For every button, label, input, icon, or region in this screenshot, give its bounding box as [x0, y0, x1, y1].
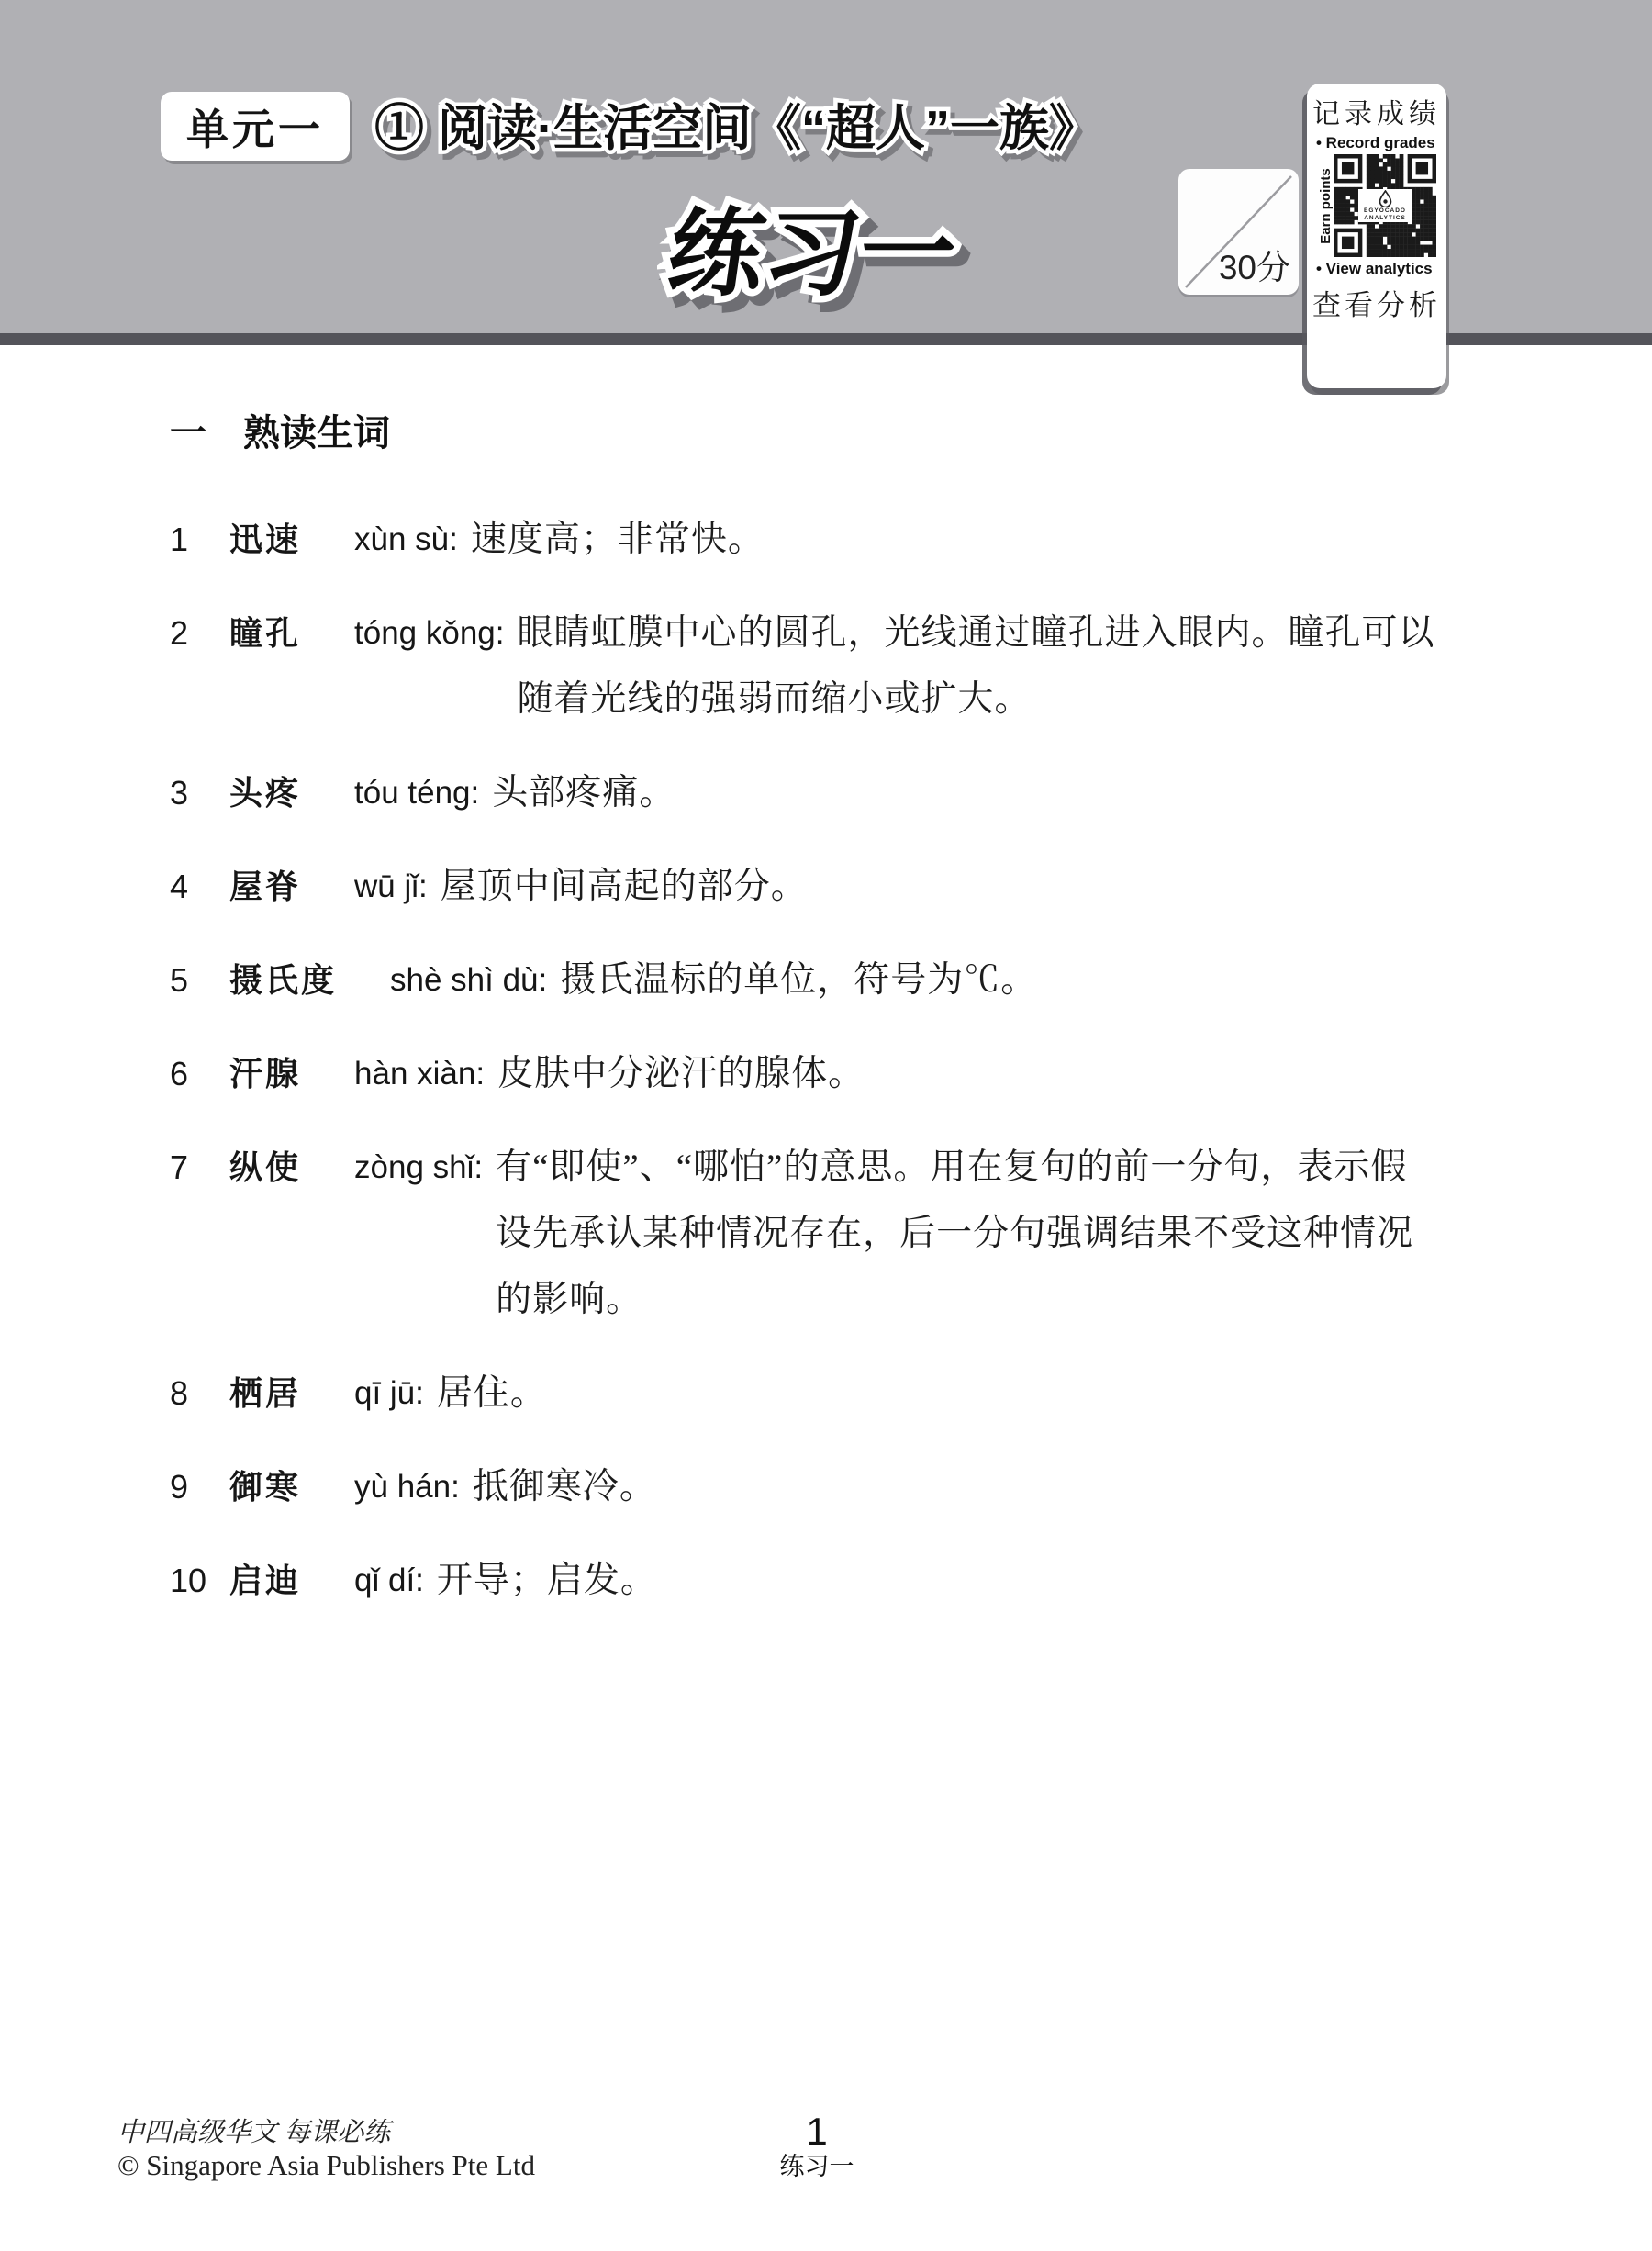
vocab-pinyin: yù hán:: [354, 1454, 460, 1520]
vocab-number: 7: [170, 1135, 229, 1201]
unit-badge: 单元一: [161, 92, 350, 161]
vocab-pinyin: zòng shǐ:: [354, 1135, 483, 1201]
vocab-row: 9 御寒 yù hán: 抵御寒冷。: [170, 1454, 1491, 1520]
qr-card-title: 记录成绩: [1312, 91, 1441, 131]
vocab-number: 6: [170, 1041, 229, 1107]
vocab-word: 摄氏度: [229, 947, 337, 1014]
vocab-pinyin: qǐ dí:: [354, 1548, 424, 1614]
vocab-row: 1 迅速 xùn sù: 速度高；非常快。: [170, 507, 1491, 573]
qr-logo-line2: ANALYTICS: [1364, 215, 1406, 222]
vocab-definition: 皮肤中分泌汗的腺体。: [497, 1041, 865, 1107]
vocab-pinyin: tóng kǒng:: [354, 600, 504, 666]
vocab-number: 9: [170, 1454, 229, 1520]
exercise-title: 练习一 练习一: [657, 167, 1061, 330]
vocab-row: 3 头疼 tóu téng: 头部疼痛。: [170, 760, 1491, 826]
vocab-definition: 速度高；非常快。: [471, 507, 765, 573]
vocab-row: 8 栖居 qī jū: 居住。: [170, 1361, 1491, 1427]
exercise-title-text: 练习一: [662, 200, 963, 307]
vocab-row: 10 启迪 qǐ dí: 开导；启发。: [170, 1548, 1491, 1614]
vocab-number: 3: [170, 760, 229, 826]
vocab-word: 瞳孔: [229, 600, 301, 666]
footer-left: 中四高级华文 每课必练 © Singapore Asia Publishers …: [117, 2117, 535, 2183]
footer-page-block: 1 练习一: [743, 2111, 890, 2181]
vocab-number: 10: [170, 1548, 229, 1614]
vocab-definition: 屋顶中间高起的部分。: [441, 854, 808, 920]
page-label: 练习一: [743, 2152, 890, 2181]
score-box: 30分: [1178, 169, 1299, 295]
vocab-row: 6 汗腺 hàn xiàn: 皮肤中分泌汗的腺体。: [170, 1041, 1491, 1107]
lesson-title: ① 阅读·生活空间《“超人”一族》 ① 阅读·生活空间《“超人”一族》: [365, 79, 1099, 174]
vocab-definition: 头部疼痛。: [492, 760, 675, 826]
vocab-word: 御寒: [229, 1454, 301, 1520]
vocab-row: 2 瞳孔 tóng kǒng: 眼睛虹膜中心的圆孔，光线通过瞳孔进入眼内。瞳孔可…: [170, 600, 1491, 733]
vocab-definition: 眼睛虹膜中心的圆孔，光线通过瞳孔进入眼内。瞳孔可以随着光线的强弱而缩小或扩大。: [517, 600, 1444, 733]
vocab-row: 7 纵使 zòng shǐ: 有“即使”、“哪怕”的意思。用在复句的前一分句，表…: [170, 1135, 1491, 1333]
vocab-definition: 有“即使”、“哪怕”的意思。用在复句的前一分句，表示假设先承认某种情况存在，后一…: [496, 1135, 1423, 1333]
qr-record-grades-label: • Record grades: [1316, 134, 1435, 152]
qr-view-analytics-label: • View analytics: [1316, 260, 1433, 278]
section-number: 一: [170, 411, 243, 455]
score-value: 30分: [1219, 240, 1290, 289]
qr-card: 记录成绩 • Record grades Earn points EGYOCAD…: [1307, 84, 1446, 388]
avocado-drop-icon: [1379, 190, 1392, 207]
vocab-pinyin: qī jū:: [354, 1361, 424, 1427]
vocab-definition: 摄氏温标的单位，符号为℃。: [560, 947, 1037, 1014]
section-heading: 一 熟读生词: [170, 411, 1491, 455]
vocab-definition: 抵御寒冷。: [473, 1454, 656, 1520]
vocab-word: 迅速: [229, 507, 301, 573]
lesson-title-text: ① 阅读·生活空间《“超人”一族》: [374, 101, 1099, 156]
vocab-word: 栖居: [229, 1361, 301, 1427]
vocab-number: 2: [170, 600, 229, 666]
section-title: 熟读生词: [243, 411, 390, 455]
vocab-pinyin: hàn xiàn:: [354, 1041, 485, 1107]
vocab-number: 8: [170, 1361, 229, 1427]
unit-label: 单元一: [186, 96, 324, 157]
qr-logo-line1: EGYOCADO: [1364, 207, 1406, 215]
footer-series-title: 中四高级华文 每课必练: [117, 2117, 535, 2148]
vocab-definition: 开导；启发。: [437, 1548, 657, 1614]
vocab-word: 启迪: [229, 1548, 301, 1614]
vocab-word: 汗腺: [229, 1041, 301, 1107]
vocab-definition: 居住。: [437, 1361, 547, 1427]
vocab-pinyin: wū jǐ:: [354, 854, 428, 920]
vocab-pinyin: xùn sù:: [354, 507, 458, 573]
qr-card-footer: 查看分析: [1312, 282, 1441, 323]
vocab-pinyin: tóu téng:: [354, 760, 479, 826]
vocab-number: 4: [170, 854, 229, 920]
vocab-word: 头疼: [229, 760, 301, 826]
earn-points-label: Earn points: [1317, 154, 1334, 257]
vocab-word: 屋脊: [229, 854, 301, 920]
vocab-number: 5: [170, 947, 229, 1014]
vocab-number: 1: [170, 507, 229, 573]
vocab-section: 一 熟读生词 1 迅速 xùn sù: 速度高；非常快。 2 瞳孔 tóng k…: [170, 411, 1491, 1641]
page-number: 1: [743, 2111, 890, 2152]
footer-copyright: © Singapore Asia Publishers Pte Ltd: [117, 2148, 535, 2183]
vocab-row: 4 屋脊 wū jǐ: 屋顶中间高起的部分。: [170, 854, 1491, 920]
vocab-word: 纵使: [229, 1135, 301, 1201]
qr-logo: EGYOCADO ANALYTICS: [1358, 189, 1412, 222]
vocab-pinyin: shè shì dù:: [390, 947, 547, 1014]
worksheet-page: 单元一 ① 阅读·生活空间《“超人”一族》 ① 阅读·生活空间《“超人”一族》 …: [0, 0, 1652, 2251]
vocab-row: 5 摄氏度 shè shì dù: 摄氏温标的单位，符号为℃。: [170, 947, 1491, 1014]
